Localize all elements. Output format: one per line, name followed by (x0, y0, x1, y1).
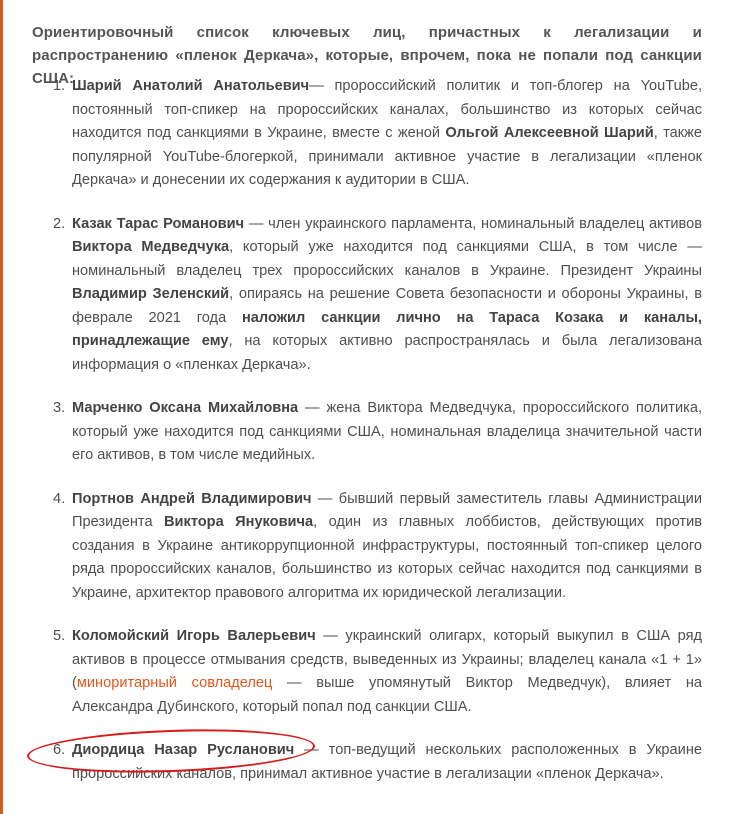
item-text: Портнов Андрей Владимирович — бывший пер… (72, 491, 702, 601)
item-text: Коломойский Игорь Валерьевич — украински… (72, 628, 702, 715)
bold-name: Портнов Андрей Владимирович (72, 491, 311, 507)
list-item: 5.Коломойский Игорь Валерьевич — украинс… (72, 625, 702, 719)
bold-name: Виктора Медведчука (72, 239, 229, 255)
item-number: 6. (53, 739, 65, 763)
item-text: Шарий Анатолий Анатольевич— пророссийски… (72, 78, 702, 188)
left-accent-border (0, 0, 3, 814)
item-number: 3. (53, 397, 65, 421)
item-number: 5. (53, 625, 65, 649)
bold-name: Диордица Назар Русланович (72, 742, 294, 758)
list-item: 3.Марченко Оксана Михайловна — жена Викт… (72, 397, 702, 468)
list-item: 1.Шарий Анатолий Анатольевич— пророссийс… (72, 75, 702, 193)
bold-name: Казак Тарас Романович (72, 216, 244, 232)
item-number: 4. (53, 488, 65, 512)
bold-name: Владимир Зеленский (72, 286, 229, 302)
list-item: 4.Портнов Андрей Владимирович — бывший п… (72, 488, 702, 606)
bold-name: Ольгой Алексеевной Шарий (445, 125, 653, 141)
item-number: 2. (53, 213, 65, 237)
item-text: Марченко Оксана Михайловна — жена Виктор… (72, 400, 702, 463)
item-text: Диордица Назар Русланович — топ-ведущий … (72, 742, 702, 782)
persons-list: 1.Шарий Анатолий Анатольевич— пророссийс… (32, 75, 702, 806)
bold-name: Шарий Анатолий Анатольевич (72, 78, 309, 94)
bold-name: Коломойский Игорь Валерьевич (72, 628, 316, 644)
list-item: 2.Казак Тарас Романович — член украинско… (72, 213, 702, 378)
bold-name: Виктора Януковича (164, 514, 313, 530)
list-item: 6.Диордица Назар Русланович — топ-ведущи… (72, 739, 702, 786)
item-number: 1. (53, 75, 65, 99)
text-segment: — член украинского парламента, номинальн… (244, 216, 702, 232)
inline-link[interactable]: миноритарный совладелец (77, 675, 273, 691)
bold-name: Марченко Оксана Михайловна (72, 400, 298, 416)
item-text: Казак Тарас Романович — член украинского… (72, 216, 702, 373)
